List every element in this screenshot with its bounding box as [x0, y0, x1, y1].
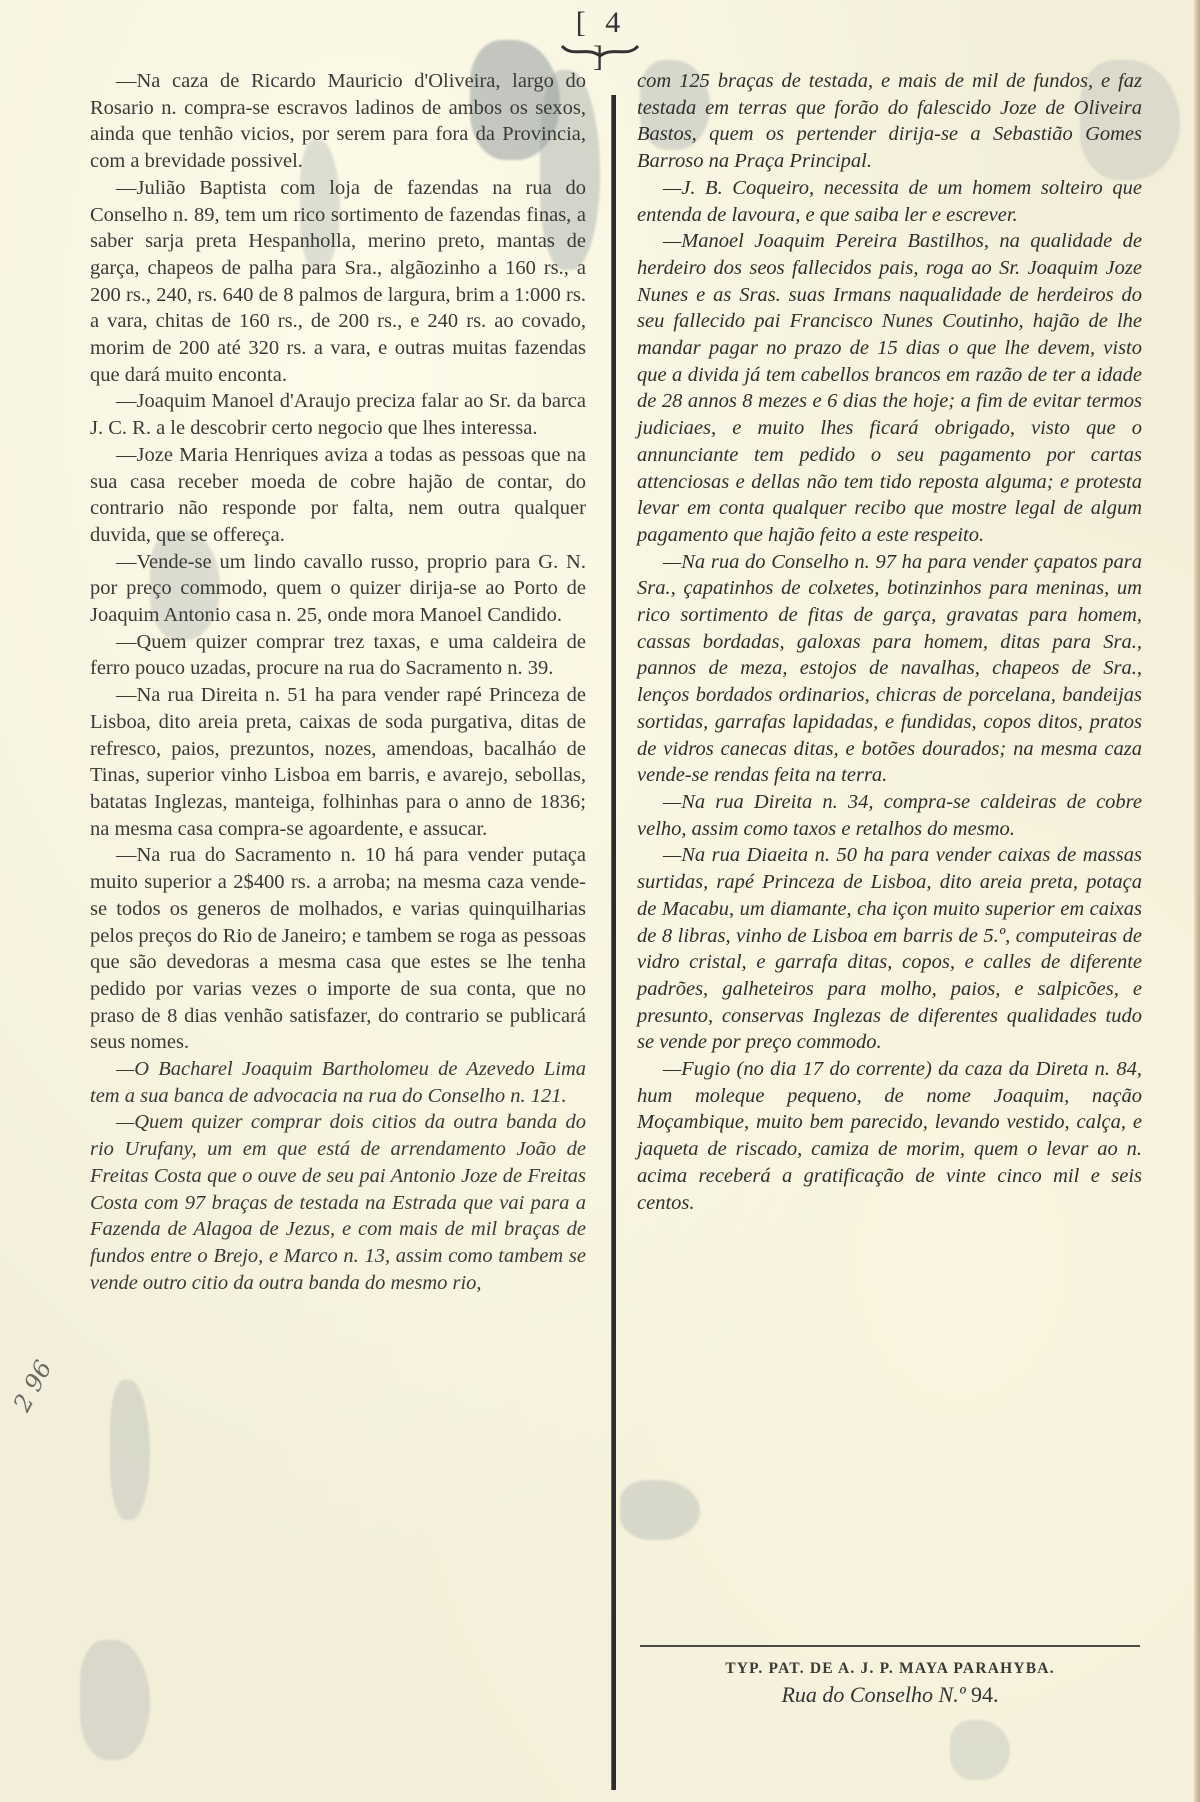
advertisement: —O Bacharel Joaquim Bartholomeu de Azeve…	[90, 1056, 586, 1109]
page-number: [ 4 ]	[566, 6, 636, 74]
advertisement: —Na rua do Sacramento n. 10 há para vend…	[90, 842, 586, 1056]
advertisement: —Fugio (no dia 17 do corrente) da caza d…	[637, 1056, 1142, 1216]
advertisement: —Na rua Direita n. 51 ha para vender rap…	[90, 682, 586, 842]
water-stain	[110, 1380, 150, 1520]
right-column: com 125 braças de testada, e mais de mil…	[637, 68, 1142, 1216]
left-column: —Na caza de Ricardo Mauricio d'Oliveira,…	[90, 68, 586, 1296]
advertisement: —Na rua do Conselho n. 97 ha para vender…	[637, 549, 1142, 789]
advertisement: —Joze Maria Henriques aviza a todas as p…	[90, 442, 586, 549]
printer-address-number: 94.	[971, 1682, 999, 1707]
advertisement: —Na rua Diaeita n. 50 ha para vender cai…	[637, 842, 1142, 1056]
advertisement: —Quem quizer comprar dois citios da outr…	[90, 1109, 586, 1296]
column-divider	[611, 95, 616, 1790]
advertisement: —Na rua Direita n. 34, compra-se caldeir…	[637, 789, 1142, 842]
imprint-divider	[640, 1645, 1140, 1647]
water-stain	[620, 1480, 700, 1540]
advertisement: —Vende-se um lindo cavallo russo, propri…	[90, 549, 586, 629]
water-stain	[80, 1640, 150, 1760]
printer-imprint: TYP. PAT. DE A. J. P. MAYA PARAHYBA.	[640, 1660, 1140, 1678]
advertisement: —Joaquim Manoel d'Araujo preciza falar a…	[90, 388, 586, 441]
printer-address-street: Rua do Conselho N.º	[781, 1682, 965, 1707]
advertisement: —Julião Baptista com loja de fazendas na…	[90, 175, 586, 389]
brace-ornament-icon	[560, 42, 640, 62]
page-edge	[1194, 0, 1200, 1802]
advertisement: —Quem quizer comprar trez taxas, e uma c…	[90, 629, 586, 682]
printer-address: Rua do Conselho N.º 94.	[640, 1682, 1140, 1708]
advertisement: —Na caza de Ricardo Mauricio d'Oliveira,…	[90, 68, 586, 175]
advertisement: —J. B. Coqueiro, necessita de um homem s…	[637, 175, 1142, 228]
advertisement-continuation: com 125 braças de testada, e mais de mil…	[637, 68, 1142, 175]
advertisement: —Manoel Joaquim Pereira Bastilhos, na qu…	[637, 228, 1142, 548]
water-stain	[950, 1720, 1010, 1780]
